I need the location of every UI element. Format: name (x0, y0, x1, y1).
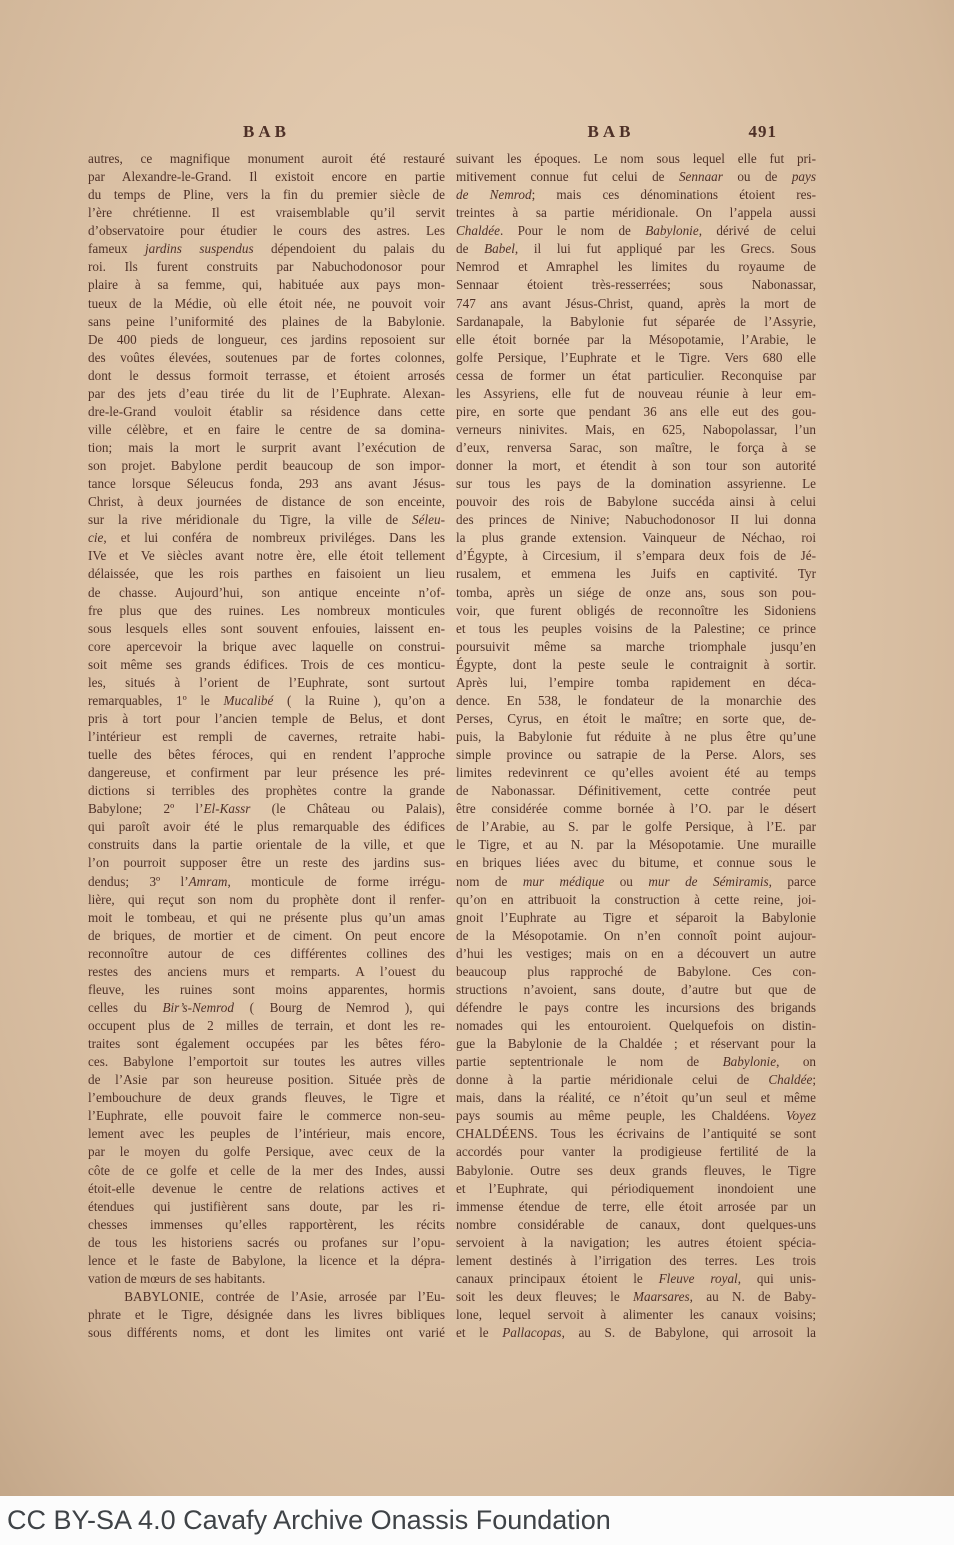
text-line: lement avec les peuples de l’intérieur, … (88, 1125, 445, 1143)
text-line: la plus grande extension. Vainqueur de N… (456, 529, 816, 547)
text-line: ville célèbre, et en faire le centre de … (88, 421, 445, 439)
text-line: lement destinés à l’irrigation des terre… (456, 1252, 816, 1270)
text-line: et tous les peuples voisins de la Palest… (456, 620, 816, 638)
text-line: donner la mort, et étendit à son tour so… (456, 457, 816, 475)
text-line: Nemrod et Amraphel les limites du royaum… (456, 258, 816, 276)
text-line: puis, la Babylonie fut réduite à ne plus… (456, 728, 816, 746)
text-line: Sardanapale, la Babylonie fut séparée de… (456, 313, 816, 331)
text-line: autres, ce magnifique monument auroit ét… (88, 150, 445, 168)
text-line: construits dans la partie orientale de l… (88, 836, 445, 854)
text-line: qui paroît avoir été le plus remarquable… (88, 818, 445, 836)
text-line: fleuve, les ruines sont moins apparentes… (88, 981, 445, 999)
text-line: l’on pourroit supposer être un reste des… (88, 854, 445, 872)
text-line: les Assyriens, elle fut de nouveau réuni… (456, 385, 816, 403)
text-line: soit même ses grands édifices. Trois de … (88, 656, 445, 674)
text-line: des princes de Ninive; Nabuchodonosor II… (456, 511, 816, 529)
text-line: d’eux, renversa Sarac, son maître, le fo… (456, 439, 816, 457)
text-line: dendus; 3º l’Amram, monticule de forme i… (88, 873, 445, 891)
text-line: nombre considérable de canaux, dont quel… (456, 1216, 816, 1234)
text-line: tion; mais la mort le surprit avant l’ex… (88, 439, 445, 457)
text-line: traites sont également occupées par les … (88, 1035, 445, 1053)
text-line: roi. Ils furent construits par Nabuchodo… (88, 258, 445, 276)
text-line: accordés pour vanter la prodigieuse fert… (456, 1143, 816, 1161)
license-text: CC BY-SA 4.0 Cavafy Archive Onassis Foun… (7, 1505, 611, 1536)
text-line: de Babel, il lui fut appliqué par les Gr… (456, 240, 816, 258)
text-line: remarquables, 1º le Mucalibé ( la Ruine … (88, 692, 445, 710)
text-line: tuelle des bêtes féroces, qui en rendent… (88, 746, 445, 764)
text-line: suivant les époques. Le nom sous lequel … (456, 150, 816, 168)
text-line: tueux de la Médie, où elle étoit née, ne… (88, 295, 445, 313)
text-line: par le moyen du golfe Persique, avec ceu… (88, 1143, 445, 1161)
license-bar: CC BY-SA 4.0 Cavafy Archive Onassis Foun… (0, 1496, 954, 1545)
text-line: Christ, à deux journées de distance de s… (88, 493, 445, 511)
text-line: de l’Asie par son heureuse position. Sit… (88, 1071, 445, 1089)
text-line: de Nemrod; mais ces dénominations étoien… (456, 186, 816, 204)
text-line: celles du Bir’s-Nemrod ( Bourg de Nemrod… (88, 999, 445, 1017)
text-line: 747 ans avant Jésus-Christ, quand, après… (456, 295, 816, 313)
text-line: Après lui, l’empire tomba rapidement en … (456, 674, 816, 692)
text-line: le Tigre, et au N. par la Mésopotamie. U… (456, 836, 816, 854)
text-line: CHALDÉENS. Tous les écrivains de l’antiq… (456, 1125, 816, 1143)
text-line: gue la Babylonie de la Chaldée ; et rése… (456, 1035, 816, 1053)
text-line: de chasse. Aujourd’hui, son antique ence… (88, 584, 445, 602)
text-line: sans peine l’uniformité des plaines de l… (88, 313, 445, 331)
text-line: gnoit l’Euphrate au Tigre et séparoit la… (456, 909, 816, 927)
text-line: golfe Persique, l’Euphrate et le Tigre. … (456, 349, 816, 367)
text-line: défendre le pays contre les incursions d… (456, 999, 816, 1017)
text-line: d’observatoire pour étudier le cours des… (88, 222, 445, 240)
text-line: sous différents noms, et dont les limite… (88, 1324, 445, 1342)
text-line: elle étoit bornée par la Mésopotamie, l’… (456, 331, 816, 349)
text-line: lone, lequel servoit à alimenter les can… (456, 1306, 816, 1324)
text-line: servoient à la navigation; les autres ét… (456, 1234, 816, 1252)
text-line: étendues qui justifièrent sans doute, pa… (88, 1198, 445, 1216)
text-line: de la Mésopotamie. On n’en connoît point… (456, 927, 816, 945)
text-line: délaissée, que les rois parthes en faiso… (88, 565, 445, 583)
text-column-left: autres, ce magnifique monument auroit ét… (88, 150, 445, 1342)
text-line: l’embouchure de deux grands fleuves, le … (88, 1089, 445, 1107)
text-line: les, situés à l’orient de l’Euphrate, so… (88, 674, 445, 692)
text-line: cessa de former un état particulier. Rec… (456, 367, 816, 385)
text-line: Babylonie. Outre ses deux grands fleuves… (456, 1162, 816, 1180)
text-column-right: suivant les époques. Le nom sous lequel … (456, 150, 816, 1342)
text-line: nom de mur médique ou mur de Sémiramis, … (456, 873, 816, 891)
text-line: Égypte, dont la peste seule le contraign… (456, 656, 816, 674)
text-line: fameux jardins suspendus dépendoient du … (88, 240, 445, 258)
text-line: partie septentrionale le nom de Babyloni… (456, 1053, 816, 1071)
text-line: pire, en sorte que pendant 36 ans elle e… (456, 403, 816, 421)
text-line: voir, que furent obligés de reconnoître … (456, 602, 816, 620)
text-line: dangereuse, et confirment par leur prése… (88, 764, 445, 782)
text-line: moit le tombeau, et qui ne présente plus… (88, 909, 445, 927)
text-line: tance lorsque Séleucus fonda, 293 ans av… (88, 475, 445, 493)
text-line: sur la rive méridionale du Tigre, la vil… (88, 511, 445, 529)
text-line: dictions si terribles des prophètes cont… (88, 782, 445, 800)
text-line: lière, qui reçut son nom du prophète don… (88, 891, 445, 909)
text-line: phrate et le Tigre, désignée dans les li… (88, 1306, 445, 1324)
text-line: mais, dans la réalité, ce n’étoit qu’un … (456, 1089, 816, 1107)
text-line: dont le dessus formoit terrasse, et étoi… (88, 367, 445, 385)
text-line: par Alexandre-le-Grand. Il existoit enco… (88, 168, 445, 186)
text-line: chesses immenses qu’elles rapportèrent, … (88, 1216, 445, 1234)
text-line: et le Pallacopas, au S. de Babylone, qui… (456, 1324, 816, 1342)
text-line: en briques liées avec du bitume, et conn… (456, 854, 816, 872)
text-line: ces. Babylone l’emportoit sur toutes les… (88, 1053, 445, 1071)
text-line: limites redevinrent ce qu’elles avoient … (456, 764, 816, 782)
text-line: fre plus que des ruines. Les nombreux mo… (88, 602, 445, 620)
text-line: d’Égypte, à Circesium, il s’empara deux … (456, 547, 816, 565)
running-head: BAB BAB 491 (0, 122, 954, 148)
text-line: pris à tort pour l’ancien temple de Belu… (88, 710, 445, 728)
text-line: soit les deux fleuves; le Maarsares, au … (456, 1288, 816, 1306)
text-line: De 400 pieds de longueur, ces jardins re… (88, 331, 445, 349)
text-line: structions n’avoient, sans doute, d’autr… (456, 981, 816, 999)
text-line: Chaldée. Pour le nom de Babylonie, dériv… (456, 222, 816, 240)
text-line: occupent plus de 2 milles de terrain, et… (88, 1017, 445, 1035)
text-line: l’Euphrate, elle pouvoit faire le commer… (88, 1107, 445, 1125)
text-line: Perses, Cyrus, en étoit le maître; en so… (456, 710, 816, 728)
text-line: immense étendue de terre, elle étoit arr… (456, 1198, 816, 1216)
text-line: IVe et Ve siècles avant notre ère, elle … (88, 547, 445, 565)
text-line: de briques, de mortier et de ciment. On … (88, 927, 445, 945)
text-line: étoit-elle devenue le centre de relation… (88, 1180, 445, 1198)
text-line: reconnoître autour de ces différentes co… (88, 945, 445, 963)
text-line: sous lesquels elles sont souvent enfouie… (88, 620, 445, 638)
text-line: BABYLONIE, contrée de l’Asie, arrosée pa… (88, 1288, 445, 1306)
running-title-left: BAB (88, 122, 445, 142)
text-line: dence. En 538, le fondateur de la monarc… (456, 692, 816, 710)
text-line: pouvoir des rois de Babylone succéda ain… (456, 493, 816, 511)
text-line: sur tous les pays de la domination assyr… (456, 475, 816, 493)
text-line: être considérée comme bornée à l’O. par … (456, 800, 816, 818)
text-line: de tous les historiens sacrés ou profane… (88, 1234, 445, 1252)
text-line: restes des anciens murs et remparts. A l… (88, 963, 445, 981)
text-line: verneurs ninivites. Mais, en 625, Nabopo… (456, 421, 816, 439)
text-line: Babylone; 2º l’El-Kassr (le Château ou P… (88, 800, 445, 818)
text-line: dre-le-Grand vouloit établir sa résidenc… (88, 403, 445, 421)
text-line: de l’Arabie, au S. par le golfe Persique… (456, 818, 816, 836)
text-line: lence et le faste de Babylone, la licenc… (88, 1252, 445, 1270)
text-line: simple province ou satrapie de la Perse.… (456, 746, 816, 764)
text-line: son projet. Babylone perdit beaucoup de … (88, 457, 445, 475)
text-line: tomba, après un siége de onze ans, sous … (456, 584, 816, 602)
text-line: donne à la partie méridionale celui de C… (456, 1071, 816, 1089)
text-line: des voûtes élevées, soutenues par de for… (88, 349, 445, 367)
text-line: et l’Euphrate, qui périodiquement inondo… (456, 1180, 816, 1198)
text-line: poursuivit même sa marche triomphale jus… (456, 638, 816, 656)
text-line: qu’on en attribuoit la construction à ce… (456, 891, 816, 909)
text-line: cie, et lui conféra de nombreux privilég… (88, 529, 445, 547)
text-line: rusalem, et emmena les Juifs en captivit… (456, 565, 816, 583)
text-line: nomades qui les entouroient. Quelquefois… (456, 1017, 816, 1035)
text-line: vation de mœurs de ses habitants. (88, 1270, 445, 1288)
page-number: 491 (700, 122, 777, 142)
text-line: du temps de Pline, vers la fin du premie… (88, 186, 445, 204)
text-line: canaux principaux étoient le Fleuve roya… (456, 1270, 816, 1288)
text-line: de Nabonassar. Définitivement, cette con… (456, 782, 816, 800)
text-line: treintes à sa partie méridionale. On l’a… (456, 204, 816, 222)
text-line: mitivement connue fut celui de Sennaar o… (456, 168, 816, 186)
text-line: l’intérieur est rempli de cavernes, retr… (88, 728, 445, 746)
text-line: pays soumis au même peuple, les Chaldéen… (456, 1107, 816, 1125)
text-line: l’ère chrétienne. Il est vraisemblable q… (88, 204, 445, 222)
text-line: plaire à sa femme, qui, habituée aux pay… (88, 276, 445, 294)
text-line: core apercevoir la brique avec laquelle … (88, 638, 445, 656)
text-line: Sennaar étoient très-resserrées; sous Na… (456, 276, 816, 294)
text-line: côte de ce golfe et celle de la mer des … (88, 1162, 445, 1180)
scanned-book-page: BAB BAB 491 autres, ce magnifique monume… (0, 0, 954, 1545)
text-line: par des jets d’eau tirée du lit de l’Eup… (88, 385, 445, 403)
text-line: beaucoup plus rapproché de Babylone. Ces… (456, 963, 816, 981)
text-line: d’hui les vestiges; mais on en a découve… (456, 945, 816, 963)
